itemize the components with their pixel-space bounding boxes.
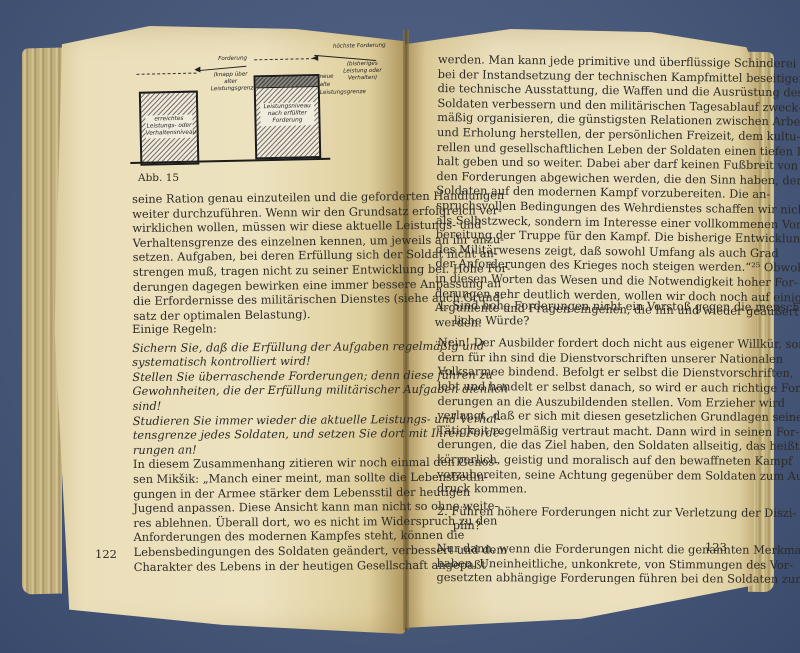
- page-number-right: 123: [705, 540, 727, 554]
- answer-line: körperlich, geistig und moralisch auf de…: [437, 452, 727, 468]
- open-book: Forderung (knapp über alter Leistungsgre…: [0, 0, 800, 653]
- bar-new-level: Leistungsniveau nach erfüllter Forderung: [254, 74, 322, 159]
- page-number-left: 122: [95, 547, 117, 561]
- hoechste-label: höchste Forderung: [333, 43, 386, 51]
- answer-line: Volksarmee bindend. Befolgt er selbst di…: [438, 364, 728, 380]
- quote-line: Anforderungen des modernen Kampfes steht…: [133, 529, 391, 545]
- bar-new-cap: [256, 76, 318, 88]
- side-label-neue: neue: [320, 74, 334, 81]
- forderung-sublabel: (knapp über alter Leistungsgrenze): [210, 71, 250, 92]
- hoechste-dashed-line: [254, 58, 314, 60]
- hoechste-sublabel: (bisheriges Leistung oder Verhalten): [340, 61, 384, 82]
- bar-left-label: erreichtes Leistungs- oder Verhaltensniv…: [145, 115, 192, 139]
- answer-line: Nein! Der Ausbilder fordert doch nicht a…: [438, 335, 728, 351]
- text-line: die Erfordernisse des militärischen Dien…: [133, 291, 391, 308]
- side-label-leistungsgrenze: Leistungsgrenze: [320, 89, 366, 97]
- forderung-label: Forderung: [218, 56, 247, 63]
- answer-line: derungen an die Auszubildenden stellen. …: [437, 394, 727, 410]
- answer-line: dern für ihn sind die Dienstvorschriften…: [438, 350, 728, 366]
- answer-line: vorzubereiten, seine Achtung gegenüber d…: [437, 467, 727, 483]
- question-1: 1. Sind hohe Forderungen nicht ein Verst…: [438, 298, 728, 314]
- arrowhead-icon: [194, 66, 200, 72]
- question-2-cont: plin?: [437, 518, 727, 534]
- figure-caption: Abb. 15: [138, 172, 179, 184]
- rule-line: tensgrenze jedes Soldaten, und setzen Si…: [133, 426, 391, 442]
- answer-line: derungen, die das Ziel haben, den Soldat…: [437, 437, 727, 453]
- bar-current-level: erreichtes Leistungs- oder Verhaltensniv…: [139, 91, 200, 166]
- quote-line: Lebensbedingungen des Soldaten geändert,…: [134, 543, 392, 559]
- arrowhead-icon: [312, 55, 318, 61]
- question-1-cont: liche Würde?: [438, 313, 728, 329]
- answer-line: haben. Uneinheitliche, unkonkrete, von S…: [437, 555, 727, 571]
- quote-line: sen Mikšik: „Manch einer meint, man soll…: [133, 470, 391, 486]
- bar-right-label: Leistungsniveau nach erfüllter Forderung: [260, 102, 314, 126]
- quote-line: Charakter des Lebens in der heutigen Ges…: [134, 558, 392, 574]
- side-label-alte: alte: [320, 82, 331, 89]
- answer-line: verlangt, daß er sich mit diesen gesetzl…: [437, 408, 727, 424]
- right-body-paragraph: werden. Man kann jede primitive und über…: [435, 52, 728, 333]
- rule-line: Sichern Sie, daß die Erfüllung der Aufga…: [132, 339, 390, 355]
- rule-line: Gewohnheiten, die der Erfüllung militäri…: [132, 383, 390, 399]
- forderung-dashed-line: [136, 73, 196, 75]
- answer-line: gesetzten abhängige Forderungen führen b…: [436, 570, 726, 586]
- forderung-arrow: [196, 66, 246, 72]
- answer-line: Nur dann, wenn die Forderungen nicht die…: [437, 541, 727, 557]
- figure-diagram: Forderung (knapp über alter Leistungsgre…: [128, 46, 400, 172]
- quote-line: Jugend anpassen. Diese Ansicht kann man …: [133, 499, 391, 515]
- right-questions-section: 1. Sind hohe Forderungen nicht ein Verst…: [436, 298, 727, 586]
- answer-line: lebt und handelt er selbst danach, so wi…: [437, 379, 727, 395]
- question-2: 2. Führen höhere Forderungen nicht zur V…: [437, 504, 727, 520]
- answer-line: Tätigkeit regelmäßig vertraut macht. Dan…: [437, 423, 727, 439]
- answer-line: druck kommen.: [437, 481, 727, 497]
- left-rules-section: Einige Regeln: Sichern Sie, daß die Erfü…: [132, 320, 392, 574]
- left-body-paragraph: seine Ration genau einzuteilen und die g…: [132, 189, 391, 323]
